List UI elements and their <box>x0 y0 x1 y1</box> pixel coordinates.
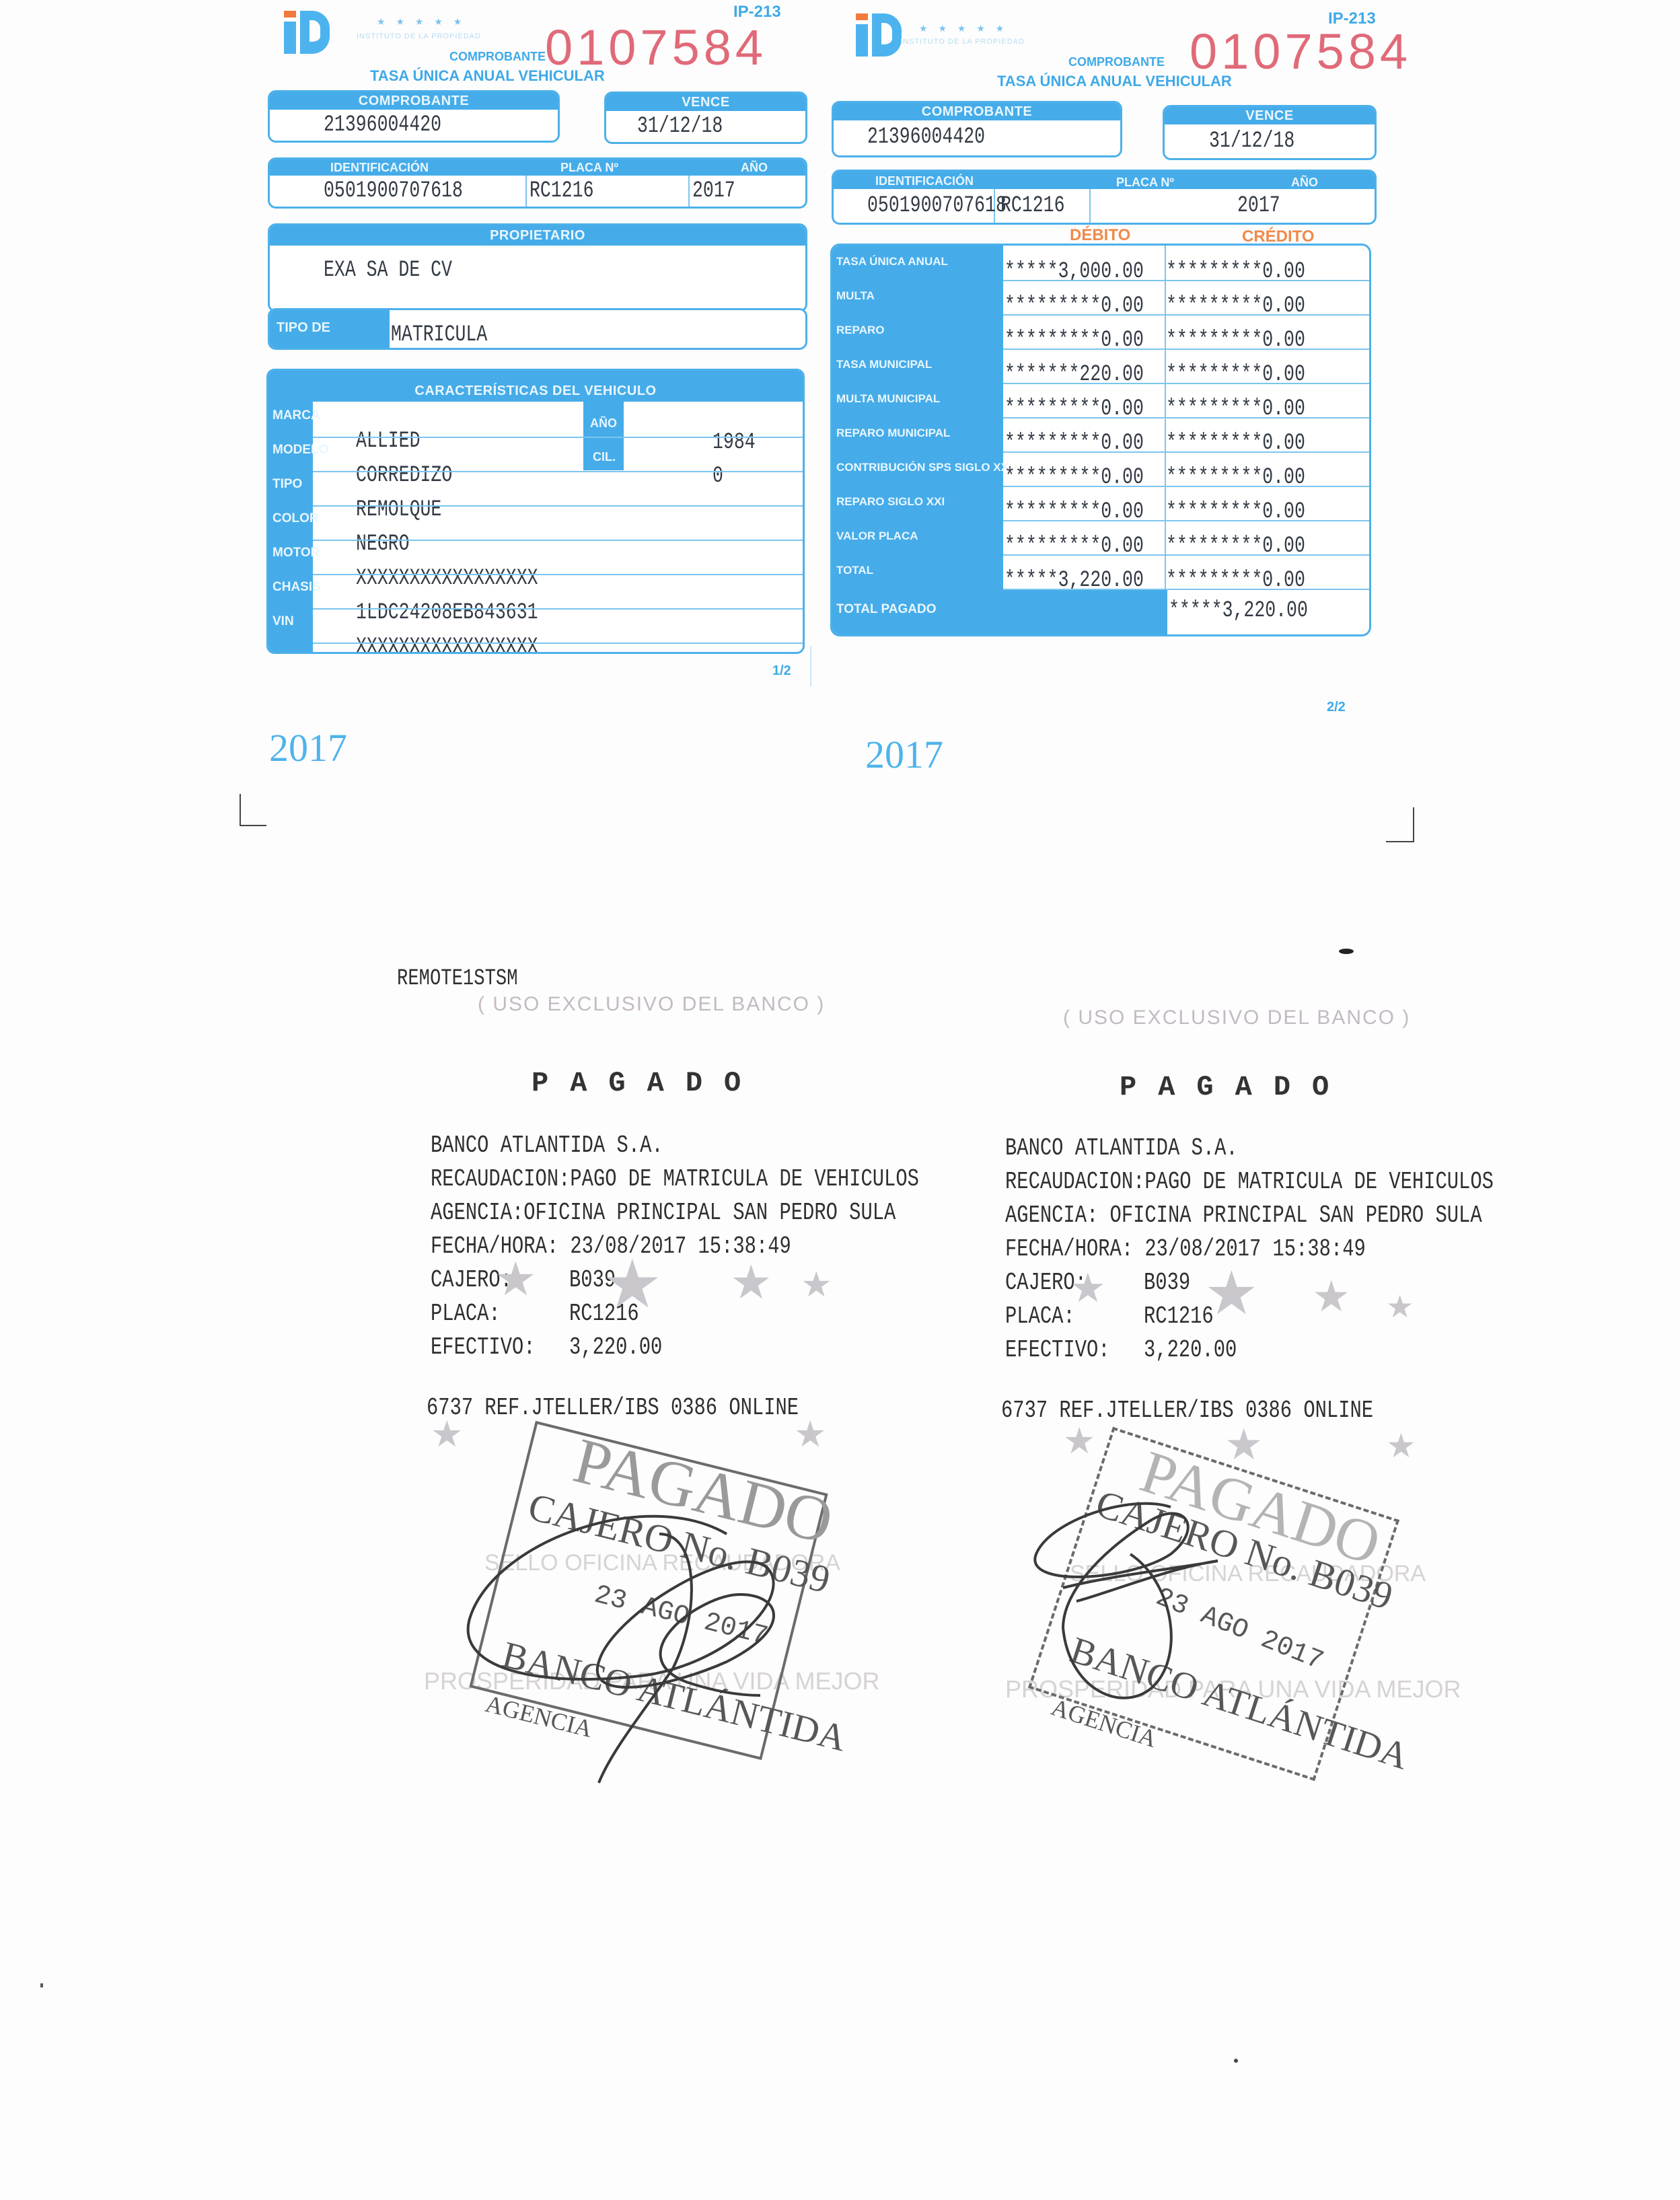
form-page-2: ★ ★ ★ ★ ★ INSTITUTO DE LA PROPIEDAD IP-2… <box>821 0 1399 780</box>
institution-name: INSTITUTO DE LA PROPIEDAD <box>357 32 481 40</box>
vence-label: VENCE <box>606 94 805 111</box>
vence-value: 31/12/18 <box>1209 129 1294 154</box>
receipt-field-value: B039 <box>1144 1269 1190 1296</box>
vence-value: 31/12/18 <box>637 114 723 139</box>
scan-dot <box>1339 949 1354 954</box>
anio-label: AÑO <box>1291 176 1318 190</box>
vehiculo-field-label: TIPO <box>272 477 302 492</box>
form-page-1: ★ ★ ★ ★ ★ INSTITUTO DE LA PROPIEDAD IP-2… <box>256 0 814 686</box>
comprobante-box: COMPROBANTE 21396004420 <box>832 101 1122 157</box>
vehiculo-field-value: REMOLQUE <box>356 497 441 523</box>
placa-value: RC1216 <box>1000 193 1064 219</box>
tipo-operacion-label: TIPO DE OPERACIÓN <box>270 310 390 348</box>
vehiculo-field-label: MODELO <box>272 443 328 457</box>
vence-box: VENCE 31/12/18 <box>604 91 807 144</box>
serial-label: COMPROBANTE <box>449 50 546 64</box>
charge-row-label: REPARO <box>836 324 884 337</box>
comprobante-value: 21396004420 <box>867 124 985 150</box>
receipt-field-value: 3,220.00 <box>1144 1336 1237 1364</box>
scan-dot <box>1234 2059 1238 2063</box>
form-title: TASA ÚNICA ANUAL VEHICULAR <box>997 73 1232 90</box>
receipt-line: RECAUDACION:PAGO DE MATRICULA DE VEHICUL… <box>1005 1168 1494 1196</box>
signature-icon <box>996 1480 1332 1749</box>
receipt-status: PAGADO <box>1120 1071 1350 1103</box>
serial-number: 0107584 <box>1190 23 1412 80</box>
vehiculo-field-label: VIN <box>272 614 294 629</box>
ip-logo-icon <box>281 7 334 55</box>
charge-row-label: VALOR PLACA <box>836 529 918 543</box>
receipt-line: FECHA/HORA: 23/08/2017 15:38:49 <box>1005 1235 1366 1263</box>
receipt-field-label: EFECTIVO: <box>1005 1336 1110 1364</box>
tipo-operacion-box: TIPO DE OPERACIÓN MATRICULA <box>268 308 807 350</box>
charge-row-label: MULTA <box>836 289 875 303</box>
vehiculo-field-label: COLOR <box>272 511 319 526</box>
year-watermark-2: 2017 <box>865 732 943 777</box>
uso-exclusivo-label: ( USO EXCLUSIVO DEL BANCO ) <box>1063 1006 1410 1029</box>
star-icon: ★ <box>495 1251 537 1307</box>
anio-vehiculo-label: AÑO <box>590 416 617 431</box>
identificacion-box: IDENTIFICACIÓN PLACA Nº AÑO 050190070761… <box>268 157 807 209</box>
signature-icon <box>444 1480 848 1790</box>
star-icon: ★ <box>1312 1272 1350 1322</box>
page-indicator-2: 2/2 <box>1327 700 1346 715</box>
star-icon: ★ <box>801 1265 832 1305</box>
debito-label: DÉBITO <box>1070 226 1130 245</box>
institution-stars: ★ ★ ★ ★ ★ <box>919 23 1008 34</box>
comprobante-box: COMPROBANTE 21396004420 <box>268 90 560 143</box>
vehiculo-field-label: MARCA <box>272 408 320 423</box>
vehiculo-field-value: CORREDIZO <box>356 463 452 488</box>
charge-row-label: TOTAL <box>836 564 873 577</box>
charge-row-label: MULTA MUNICIPAL <box>836 392 940 406</box>
identificacion-label: IDENTIFICACIÓN <box>875 174 974 188</box>
star-icon: ★ <box>730 1255 772 1310</box>
comprobante-value: 21396004420 <box>324 112 441 138</box>
receipt-line: AGENCIA: OFICINA PRINCIPAL SAN PEDRO SUL… <box>1005 1202 1482 1229</box>
tipo-operacion-value: MATRICULA <box>391 322 487 348</box>
crop-mark <box>240 794 241 826</box>
placa-label: PLACA Nº <box>560 161 618 175</box>
crop-mark <box>1413 807 1414 842</box>
identificacion-box: IDENTIFICACIÓN PLACA Nº AÑO 050190070761… <box>832 170 1377 225</box>
star-icon: ★ <box>431 1413 463 1455</box>
comprobante-label: COMPROBANTE <box>270 92 558 110</box>
vehiculo-field-value: XXXXXXXXXXXXXXXXX <box>356 566 538 591</box>
placa-label: PLACA Nº <box>1116 176 1174 190</box>
identificacion-label: IDENTIFICACIÓN <box>330 161 429 175</box>
year-watermark-1: 2017 <box>269 725 347 770</box>
crop-mark <box>240 825 266 826</box>
paid-stamp-2: PAGADO CAJERO No. B039 23 AGO 2017 BANCO… <box>1036 1453 1413 1790</box>
placa-value: RC1216 <box>529 178 593 204</box>
charges-table: TASA ÚNICA ANUAL*****3,000.00*********0.… <box>830 244 1371 636</box>
ip-logo-icon <box>853 9 906 58</box>
identificacion-value: 0501900707618 <box>324 178 463 204</box>
receipt-line: BANCO ATLANTIDA S.A. <box>1005 1134 1238 1162</box>
anio-vehiculo-value: 1984 <box>713 430 756 455</box>
receipt-field-label: PLACA: <box>1005 1303 1075 1330</box>
total-pagado-value: *****3,220.00 <box>1169 598 1308 624</box>
vehiculo-field-value: NEGRO <box>356 531 410 557</box>
paid-stamp-1: PAGADO CAJERO No. B039 23 AGO 2017 BANCO… <box>471 1440 848 1776</box>
cil-label: CIL. <box>593 450 616 464</box>
scan-dot <box>40 1983 43 1987</box>
star-icon: ★ <box>602 1245 663 1323</box>
vehiculo-box: CARACTERÍSTICAS DEL VEHICULO AÑO CIL. 19… <box>266 369 805 654</box>
star-icon: ★ <box>1204 1258 1259 1329</box>
receipt-reference: 6737 REF.JTELLER/IBS 0386 ONLINE <box>427 1394 799 1422</box>
receipt-field-label: PLACA: <box>431 1300 501 1327</box>
anio-value: 2017 <box>1237 193 1280 219</box>
receipt-field-value: RC1216 <box>1144 1303 1214 1330</box>
vehiculo-field-value: XXXXXXXXXXXXXXXXX <box>356 634 538 654</box>
propietario-value: EXA SA DE CV <box>324 258 452 283</box>
serial-label: COMPROBANTE <box>1068 55 1165 69</box>
charge-row-label: TASA ÚNICA ANUAL <box>836 255 948 268</box>
institution-name: INSTITUTO DE LA PROPIEDAD <box>900 38 1025 46</box>
vehiculo-field-value: 1LDC24208EB843631 <box>356 600 538 626</box>
receipt-field-value: 3,220.00 <box>569 1333 662 1361</box>
page-indicator-1: 1/2 <box>772 663 791 679</box>
vehiculo-field-value: ALLIED <box>356 429 420 454</box>
charge-row-label: REPARO MUNICIPAL <box>836 427 950 440</box>
form-title: TASA ÚNICA ANUAL VEHICULAR <box>370 67 605 85</box>
anio-value: 2017 <box>692 178 735 204</box>
receipt-reference: 6737 REF.JTELLER/IBS 0386 ONLINE <box>1001 1397 1373 1424</box>
charge-row-label: CONTRIBUCIÓN SPS SIGLO XXI <box>836 461 1012 474</box>
receipt-field-label: EFECTIVO: <box>431 1333 536 1361</box>
propietario-box: PROPIETARIO EXA SA DE CV <box>268 223 807 312</box>
receipt-line: BANCO ATLANTIDA S.A. <box>431 1132 663 1159</box>
receipt-line: RECAUDACION:PAGO DE MATRICULA DE VEHICUL… <box>431 1165 919 1193</box>
anio-label: AÑO <box>741 161 768 175</box>
vence-box: VENCE 31/12/18 <box>1163 105 1377 160</box>
charge-row-label: REPARO SIGLO XXI <box>836 495 945 509</box>
cil-value: 0 <box>713 464 723 489</box>
receipt-header-code: REMOTE1STSM <box>397 966 518 992</box>
propietario-label: PROPIETARIO <box>270 225 805 246</box>
vehiculo-field-label: MOTOR <box>272 546 320 560</box>
star-icon: ★ <box>1386 1288 1414 1325</box>
vehiculo-field-label: CHASIS <box>272 580 321 595</box>
total-pagado-label: TOTAL PAGADO <box>836 602 936 617</box>
star-icon: ★ <box>1070 1265 1106 1312</box>
institution-stars: ★ ★ ★ ★ ★ <box>377 16 466 28</box>
vence-label: VENCE <box>1165 107 1375 124</box>
charge-row-label: TASA MUNICIPAL <box>836 358 932 371</box>
uso-exclusivo-label: ( USO EXCLUSIVO DEL BANCO ) <box>478 993 825 1016</box>
receipt-status: PAGADO <box>532 1067 762 1099</box>
vehiculo-title: CARACTERÍSTICAS DEL VEHICULO <box>268 371 803 402</box>
crop-mark <box>1386 841 1413 842</box>
receipt-line: AGENCIA:OFICINA PRINCIPAL SAN PEDRO SULA <box>431 1199 896 1226</box>
comprobante-label: COMPROBANTE <box>834 103 1120 120</box>
identificacion-value: 0501900707618 <box>867 193 1007 219</box>
